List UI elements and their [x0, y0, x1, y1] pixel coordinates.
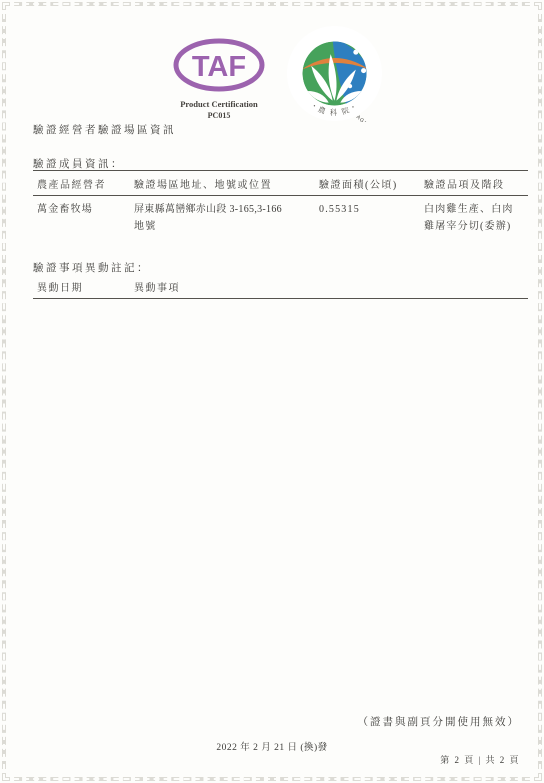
- cell-operator: 萬金畜牧場: [33, 196, 130, 240]
- header-logos: TAF Product Certification PC015: [160, 25, 384, 125]
- issue-date: 2022 年 2 月 21 日 (換)發: [0, 739, 544, 753]
- cell-items: 白肉雞生產、白肉 雞屠宰分切(委辦): [420, 196, 528, 240]
- table-row: 萬金畜牧場 屏東縣萬巒鄉赤山段 3-165,3-166 地號 0.55315 白…: [33, 196, 528, 240]
- header-items: 驗證品項及階段: [420, 171, 528, 196]
- taf-caption: Product Certification: [160, 99, 278, 109]
- taf-logo-icon: TAF: [171, 37, 267, 93]
- cell-address: 屏東縣萬巒鄉赤山段 3-165,3-166 地號: [130, 196, 315, 240]
- address-line-2: 地號: [134, 218, 313, 235]
- member-table-header-row: 農產品經營者 驗證場區地址、地號或位置 驗證面積(公頃) 驗證品項及階段: [33, 171, 528, 196]
- taf-logo-block: TAF Product Certification PC015: [160, 25, 278, 120]
- change-section-heading: 驗證事項異動註記：: [33, 260, 150, 275]
- member-table: 農產品經營者 驗證場區地址、地號或位置 驗證面積(公頃) 驗證品項及階段 萬金畜…: [33, 170, 528, 239]
- change-table: 異動日期 異動事項: [33, 277, 528, 299]
- atri-logo-icon: AGRICULTURAL TECHNOLOGY RESEARCH INSTITU…: [286, 25, 383, 122]
- change-table-header-row: 異動日期 異動事項: [33, 277, 528, 299]
- header-operator: 農產品經營者: [33, 171, 130, 196]
- address-line-1: 屏東縣萬巒鄉赤山段 3-165,3-166: [134, 201, 313, 218]
- taf-acronym: TAF: [192, 51, 246, 83]
- certificate-page: TAF Product Certification PC015: [0, 0, 544, 783]
- member-section-heading: 驗證成員資訊：: [33, 156, 124, 171]
- header-address: 驗證場區地址、地號或位置: [130, 171, 315, 196]
- atri-logo-block: AGRICULTURAL TECHNOLOGY RESEARCH INSTITU…: [286, 25, 383, 127]
- header-area: 驗證面積(公頃): [315, 171, 420, 196]
- invalid-note: （證書與副頁分開使用無效）: [358, 714, 521, 729]
- page-number: 第 2 頁 | 共 2 頁: [440, 753, 520, 766]
- header-change-item: 異動事項: [130, 277, 528, 299]
- taf-code: PC015: [160, 111, 278, 120]
- items-line-2: 雞屠宰分切(委辦): [424, 218, 526, 235]
- page-title: 驗證經營者驗證場區資訊: [33, 122, 176, 137]
- header-change-date: 異動日期: [33, 277, 130, 299]
- cell-area: 0.55315: [315, 196, 420, 240]
- items-line-1: 白肉雞生產、白肉: [424, 201, 526, 218]
